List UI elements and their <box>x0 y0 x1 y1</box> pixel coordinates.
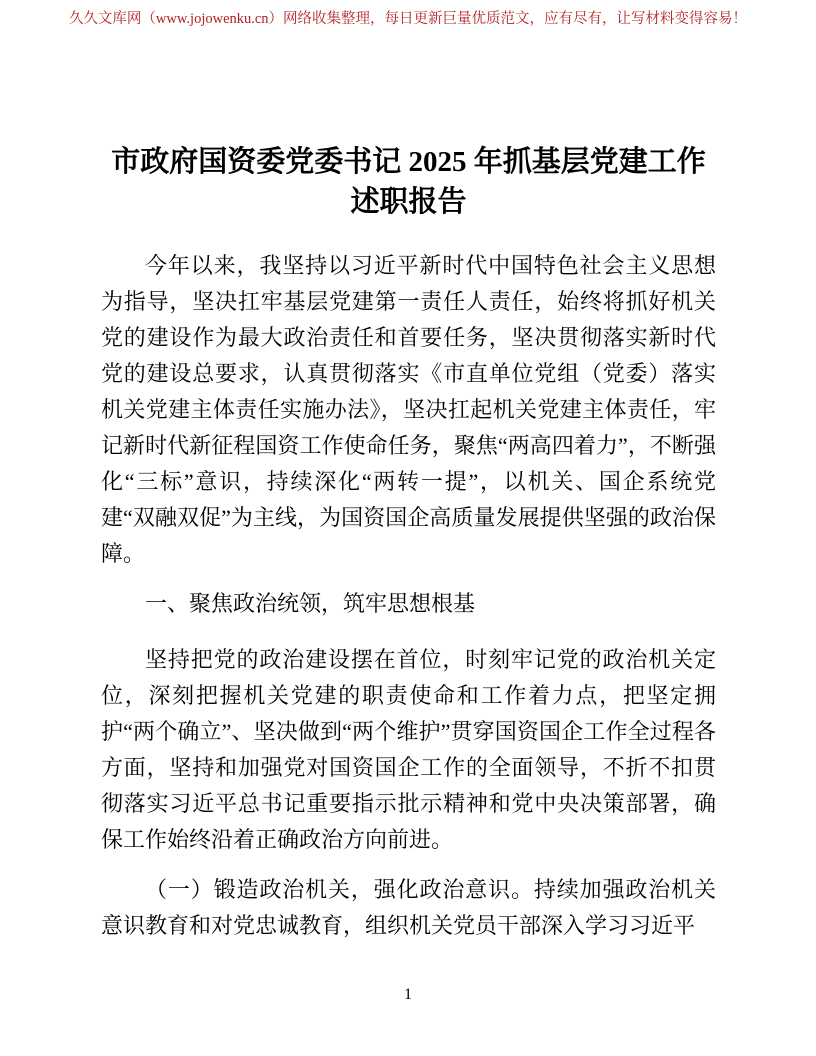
document-body: 今年以来，我坚持以习近平新时代中国特色社会主义思想为指导，坚决扛牢基层党建第一责… <box>101 248 716 944</box>
section-heading: 一、聚焦政治统领，筑牢思想根基 <box>101 586 716 622</box>
document-page: 久久文库网（www.jojowenku.cn）网络收集整理，每日更新巨量优质范文… <box>0 0 816 1056</box>
body-paragraph: 坚持把党的政治建设摆在首位，时刻牢记党的政治机关定位，深刻把握机关党建的职责使命… <box>101 642 716 858</box>
body-paragraph: 今年以来，我坚持以习近平新时代中国特色社会主义思想为指导，坚决扛牢基层党建第一责… <box>101 248 716 572</box>
document-content: 市政府国资委党委书记 2025 年抓基层党建工作述职报告 今年以来，我坚持以习近… <box>101 0 716 958</box>
body-paragraph: （一）锻造政治机关，强化政治意识。持续加强政治机关意识教育和对党忠诚教育，组织机… <box>101 872 716 944</box>
page-number: 1 <box>0 986 816 1004</box>
document-title: 市政府国资委党委书记 2025 年抓基层党建工作述职报告 <box>109 142 709 222</box>
